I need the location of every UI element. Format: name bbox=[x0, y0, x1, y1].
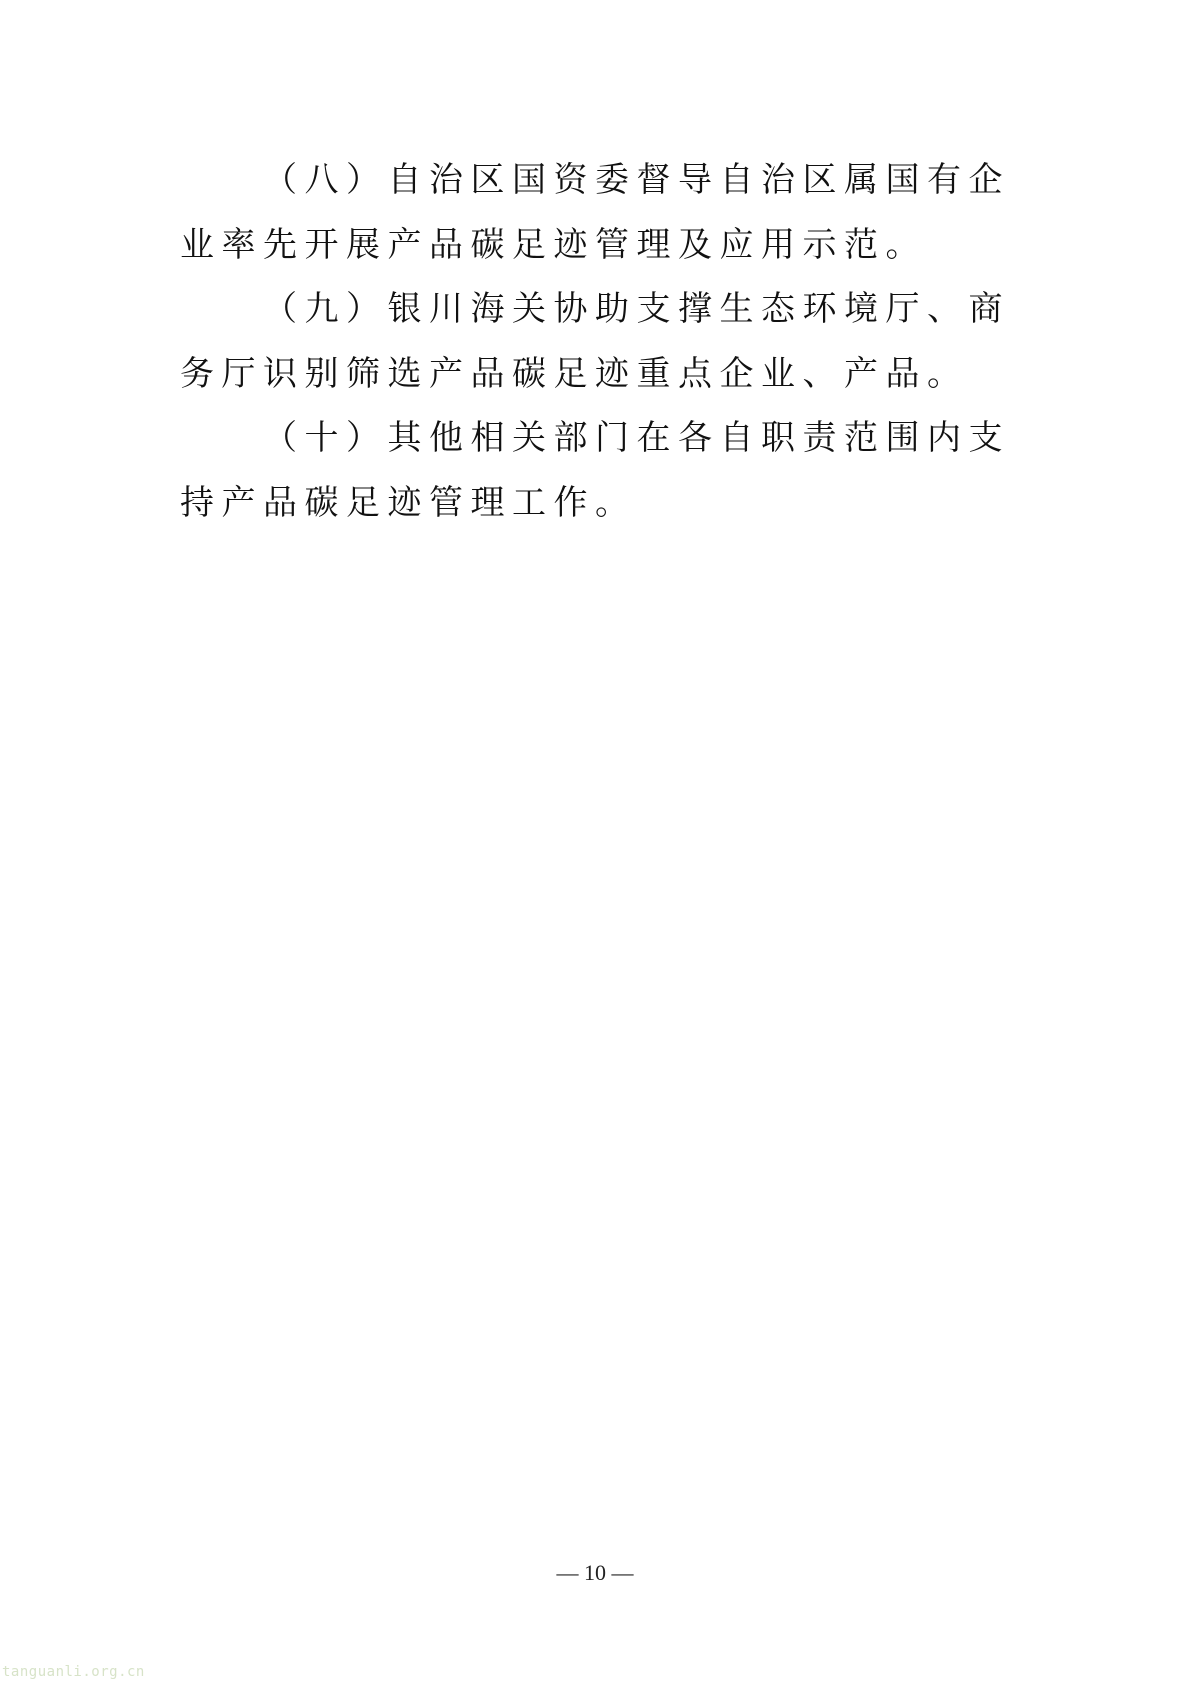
page-number: — 10 — bbox=[0, 1560, 1190, 1586]
paragraph-item-8: （八）自治区国资委督导自治区属国有企业率先开展产品碳足迹管理及应用示范。 bbox=[180, 148, 1010, 277]
paragraph-item-9: （九）银川海关协助支撑生态环境厅、商务厅识别筛选产品碳足迹重点企业、产品。 bbox=[180, 277, 1010, 406]
paragraph-item-10: （十）其他相关部门在各自职责范围内支持产品碳足迹管理工作。 bbox=[180, 406, 1010, 535]
watermark: tanguanli.org.cn bbox=[2, 1664, 145, 1680]
document-body: （八）自治区国资委督导自治区属国有企业率先开展产品碳足迹管理及应用示范。 （九）… bbox=[180, 148, 1010, 535]
